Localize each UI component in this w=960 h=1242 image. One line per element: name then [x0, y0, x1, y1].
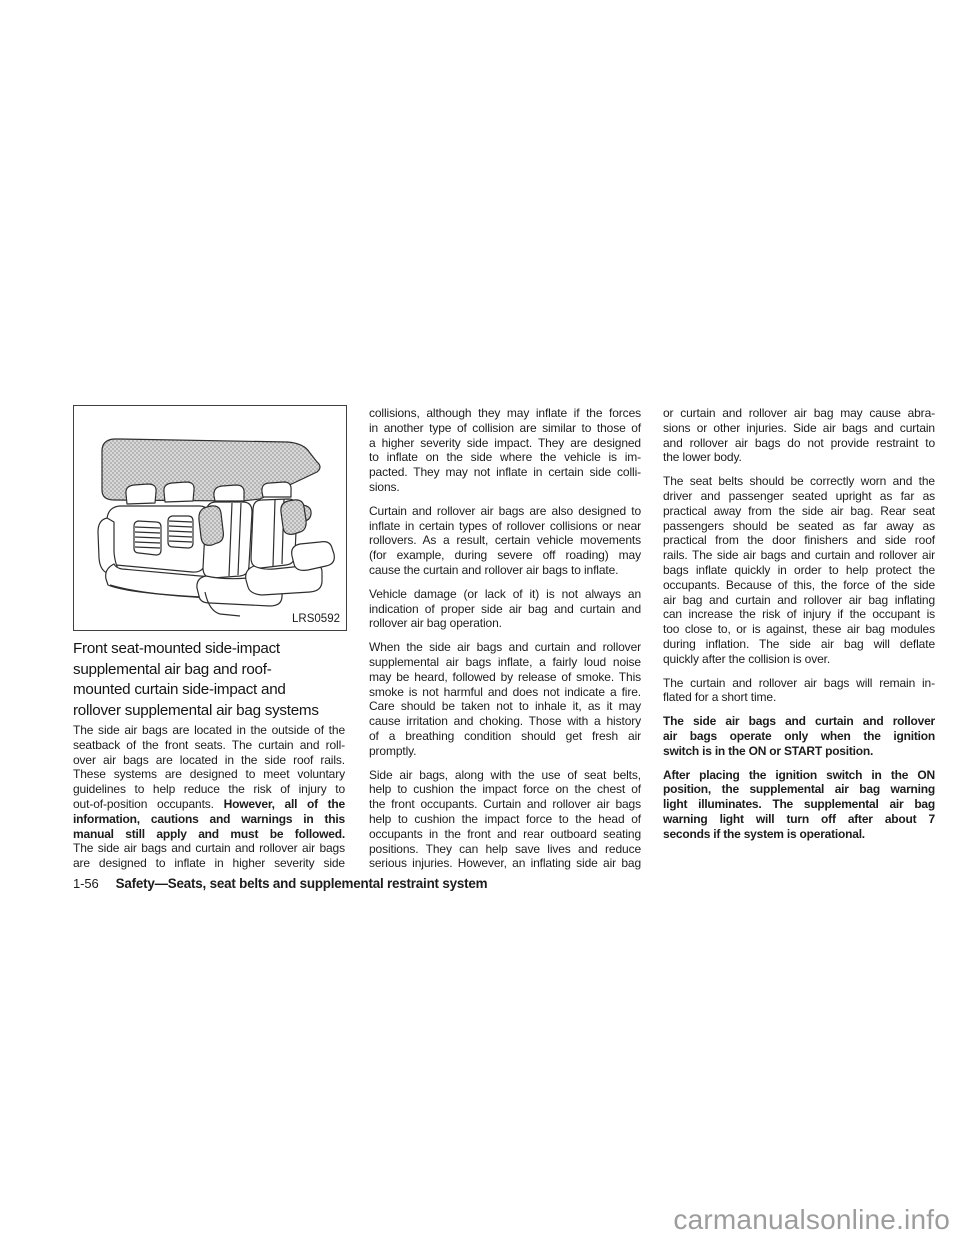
- text-line: guidelines to help reduce the risk of in…: [73, 782, 345, 797]
- bold-text-segment: information, cautions and warnings in th…: [73, 812, 345, 826]
- text-line: in another type of collision are similar…: [369, 421, 641, 436]
- text-line: help to cushion the impact force on the …: [369, 782, 641, 797]
- text-line: over air bags are located in the side ro…: [73, 753, 345, 768]
- side-airbag-center: [199, 506, 224, 545]
- text-line: The side air bags and curtain and rollov…: [73, 841, 345, 856]
- text-line: occupants in the front and rear outboard…: [369, 827, 641, 842]
- text-line: may be heard, followed by release of smo…: [369, 670, 641, 685]
- text-line: manual still apply and must be followed.: [73, 827, 345, 842]
- column-1: LRS0592 Front seat-mounted side-impactsu…: [73, 405, 345, 871]
- text-line: occupants. Because of this, the force of…: [663, 578, 935, 593]
- text-line: quickly after the collision is over.: [663, 652, 935, 667]
- paragraph: Curtain and rollover air bags are also d…: [369, 504, 641, 578]
- watermark-text: carmanualsonline.info: [673, 1204, 950, 1236]
- paragraph: After placing the ignition switch in the…: [663, 768, 935, 842]
- text-line: These systems are designed to meet volun…: [73, 767, 345, 782]
- text-line: supplemental air bags inflate, a fairly …: [369, 655, 641, 670]
- text-line: positions. They can help save lives and …: [369, 842, 641, 857]
- text-line: driver and passenger seated upright as f…: [663, 489, 935, 504]
- text-line: sions or other injuries. Side air bags a…: [663, 421, 935, 436]
- manual-page: LRS0592 Front seat-mounted side-impactsu…: [0, 0, 960, 1242]
- column-1-text: The side air bags are located in the out…: [73, 723, 345, 871]
- text-line: out-of-position occupants. However, all …: [73, 797, 345, 812]
- text-line: The seat belts should be correctly worn …: [663, 474, 935, 489]
- text-line: during inflation. The side air bag will …: [663, 637, 935, 652]
- text-line: The side air bags and curtain and rollov…: [663, 714, 935, 729]
- text-line: and rollover air bags do not provide res…: [663, 436, 935, 451]
- column-2: collisions, although they may inflate if…: [369, 404, 641, 871]
- text-line: light illuminates. The supplemental air …: [663, 797, 935, 812]
- bench-headrest-right: [164, 482, 194, 502]
- section-heading: Front seat-mounted side-impactsupplement…: [73, 639, 345, 721]
- text-line: sions.: [369, 480, 641, 495]
- text-line: pacted. They may not inflate in certain …: [369, 465, 641, 480]
- text-line: can increase the risk of injury if the o…: [663, 607, 935, 622]
- text-line: too close to, or is against, these air b…: [663, 622, 935, 637]
- text-line: of a breathing condition should get fres…: [369, 729, 641, 744]
- text-line: a higher severity side impact. They are …: [369, 436, 641, 451]
- text-line: the lower body.: [663, 450, 935, 465]
- paragraph: The seat belts should be correctly worn …: [663, 474, 935, 666]
- text-line: help to cushion the impact force to the …: [369, 812, 641, 827]
- paragraph: Vehicle damage (or lack of it) is not al…: [369, 587, 641, 631]
- text-line: information, cautions and warnings in th…: [73, 812, 345, 827]
- text-line: When the side air bags and curtain and r…: [369, 640, 641, 655]
- text-line: rollovers. As a result, certain vehicle …: [369, 533, 641, 548]
- text-line: After placing the ignition switch in the…: [663, 768, 935, 783]
- heading-line: supplemental air bag and roof-: [73, 660, 345, 681]
- paragraph: The side air bags and curtain and rollov…: [663, 714, 935, 758]
- paragraph: The side air bags are located in the out…: [73, 723, 345, 871]
- column-3: or curtain and rollover air bag may caus…: [663, 404, 935, 842]
- text-line: rollover air bag operation.: [369, 616, 641, 631]
- figure-label: LRS0592: [292, 613, 340, 625]
- text-line: practical from the door finishers and si…: [663, 533, 935, 548]
- text-line: switch is in the ON or START position.: [663, 744, 935, 759]
- text-line: practical away from the side air bag. Re…: [663, 504, 935, 519]
- text-line: indication of proper side air bag and cu…: [369, 602, 641, 617]
- heading-line: rollover supplemental air bag systems: [73, 701, 345, 722]
- right-headrest: [262, 482, 291, 497]
- bold-text-segment: manual still apply and must be followed.: [73, 827, 345, 841]
- text-line: inflate in certain types of rollover col…: [369, 519, 641, 534]
- page-number: 1-56: [73, 876, 99, 891]
- text-line: cause irritation and choking. Those with…: [369, 714, 641, 729]
- right-ottoman: [292, 542, 335, 571]
- text-line: seconds if the system is operational.: [663, 827, 935, 842]
- side-airbag-right: [281, 500, 306, 534]
- page-footer: 1-56 Safety—Seats, seat belts and supple…: [73, 876, 487, 891]
- text-line: to inflate on the side where the vehicle…: [369, 450, 641, 465]
- text-line: the front occupants. Curtain and rollove…: [369, 797, 641, 812]
- text-line: air bag and curtain and rollover air bag…: [663, 593, 935, 608]
- bench-headrest-left: [126, 484, 156, 504]
- seats-curtain-airbag-illustration: LRS0592: [74, 406, 345, 629]
- paragraph: Side air bags, along with the use of sea…: [369, 768, 641, 872]
- text-line: are designed to inflate in higher severi…: [73, 856, 345, 871]
- paragraph: or curtain and rollover air bag may caus…: [663, 406, 935, 465]
- text-line: collisions, although they may inflate if…: [369, 406, 641, 421]
- text-line: Vehicle damage (or lack of it) is not al…: [369, 587, 641, 602]
- text-line: bags inflate quickly in order to help pr…: [663, 563, 935, 578]
- text-line: air bags operate only when the ignition: [663, 729, 935, 744]
- text-line: cause the curtain and rollover air bags …: [369, 563, 641, 578]
- paragraph: When the side air bags and curtain and r…: [369, 640, 641, 758]
- text-line: (for example, during severe off roading)…: [369, 548, 641, 563]
- text-line: Curtain and rollover air bags are also d…: [369, 504, 641, 519]
- text-line: The curtain and rollover air bags will r…: [663, 676, 935, 691]
- heading-line: mounted curtain side-impact and: [73, 680, 345, 701]
- text-line: seatback of the front seats. The curtain…: [73, 738, 345, 753]
- column-3-text: or curtain and rollover air bag may caus…: [663, 406, 935, 842]
- text-segment: out-of-position occupants.: [73, 797, 224, 811]
- bold-text-segment: However, all of the: [224, 797, 345, 811]
- footer-section-title: Safety—Seats, seat belts and supplementa…: [116, 876, 488, 891]
- text-line: Care should be taken not to inhale it, a…: [369, 699, 641, 714]
- text-line: Side air bags, along with the use of sea…: [369, 768, 641, 783]
- text-line: serious injuries. However, an inflating …: [369, 856, 641, 871]
- figure-box: LRS0592: [73, 405, 347, 631]
- heading-line: Front seat-mounted side-impact: [73, 639, 345, 660]
- text-line: promptly.: [369, 744, 641, 759]
- text-line: smoke is not harmful and does not indica…: [369, 685, 641, 700]
- text-line: position, the supplemental air bag warni…: [663, 782, 935, 797]
- paragraph: The curtain and rollover air bags will r…: [663, 676, 935, 706]
- text-line: passengers should be seated as far away …: [663, 519, 935, 534]
- text-line: or curtain and rollover air bag may caus…: [663, 406, 935, 421]
- column-2-text: collisions, although they may inflate if…: [369, 406, 641, 871]
- center-headrest: [214, 485, 244, 501]
- paragraph: collisions, although they may inflate if…: [369, 406, 641, 495]
- text-line: warning light will turn off after about …: [663, 812, 935, 827]
- text-line: The side air bags are located in the out…: [73, 723, 345, 738]
- text-line: flated for a short time.: [663, 690, 935, 705]
- text-line: rails. The side air bags and curtain and…: [663, 548, 935, 563]
